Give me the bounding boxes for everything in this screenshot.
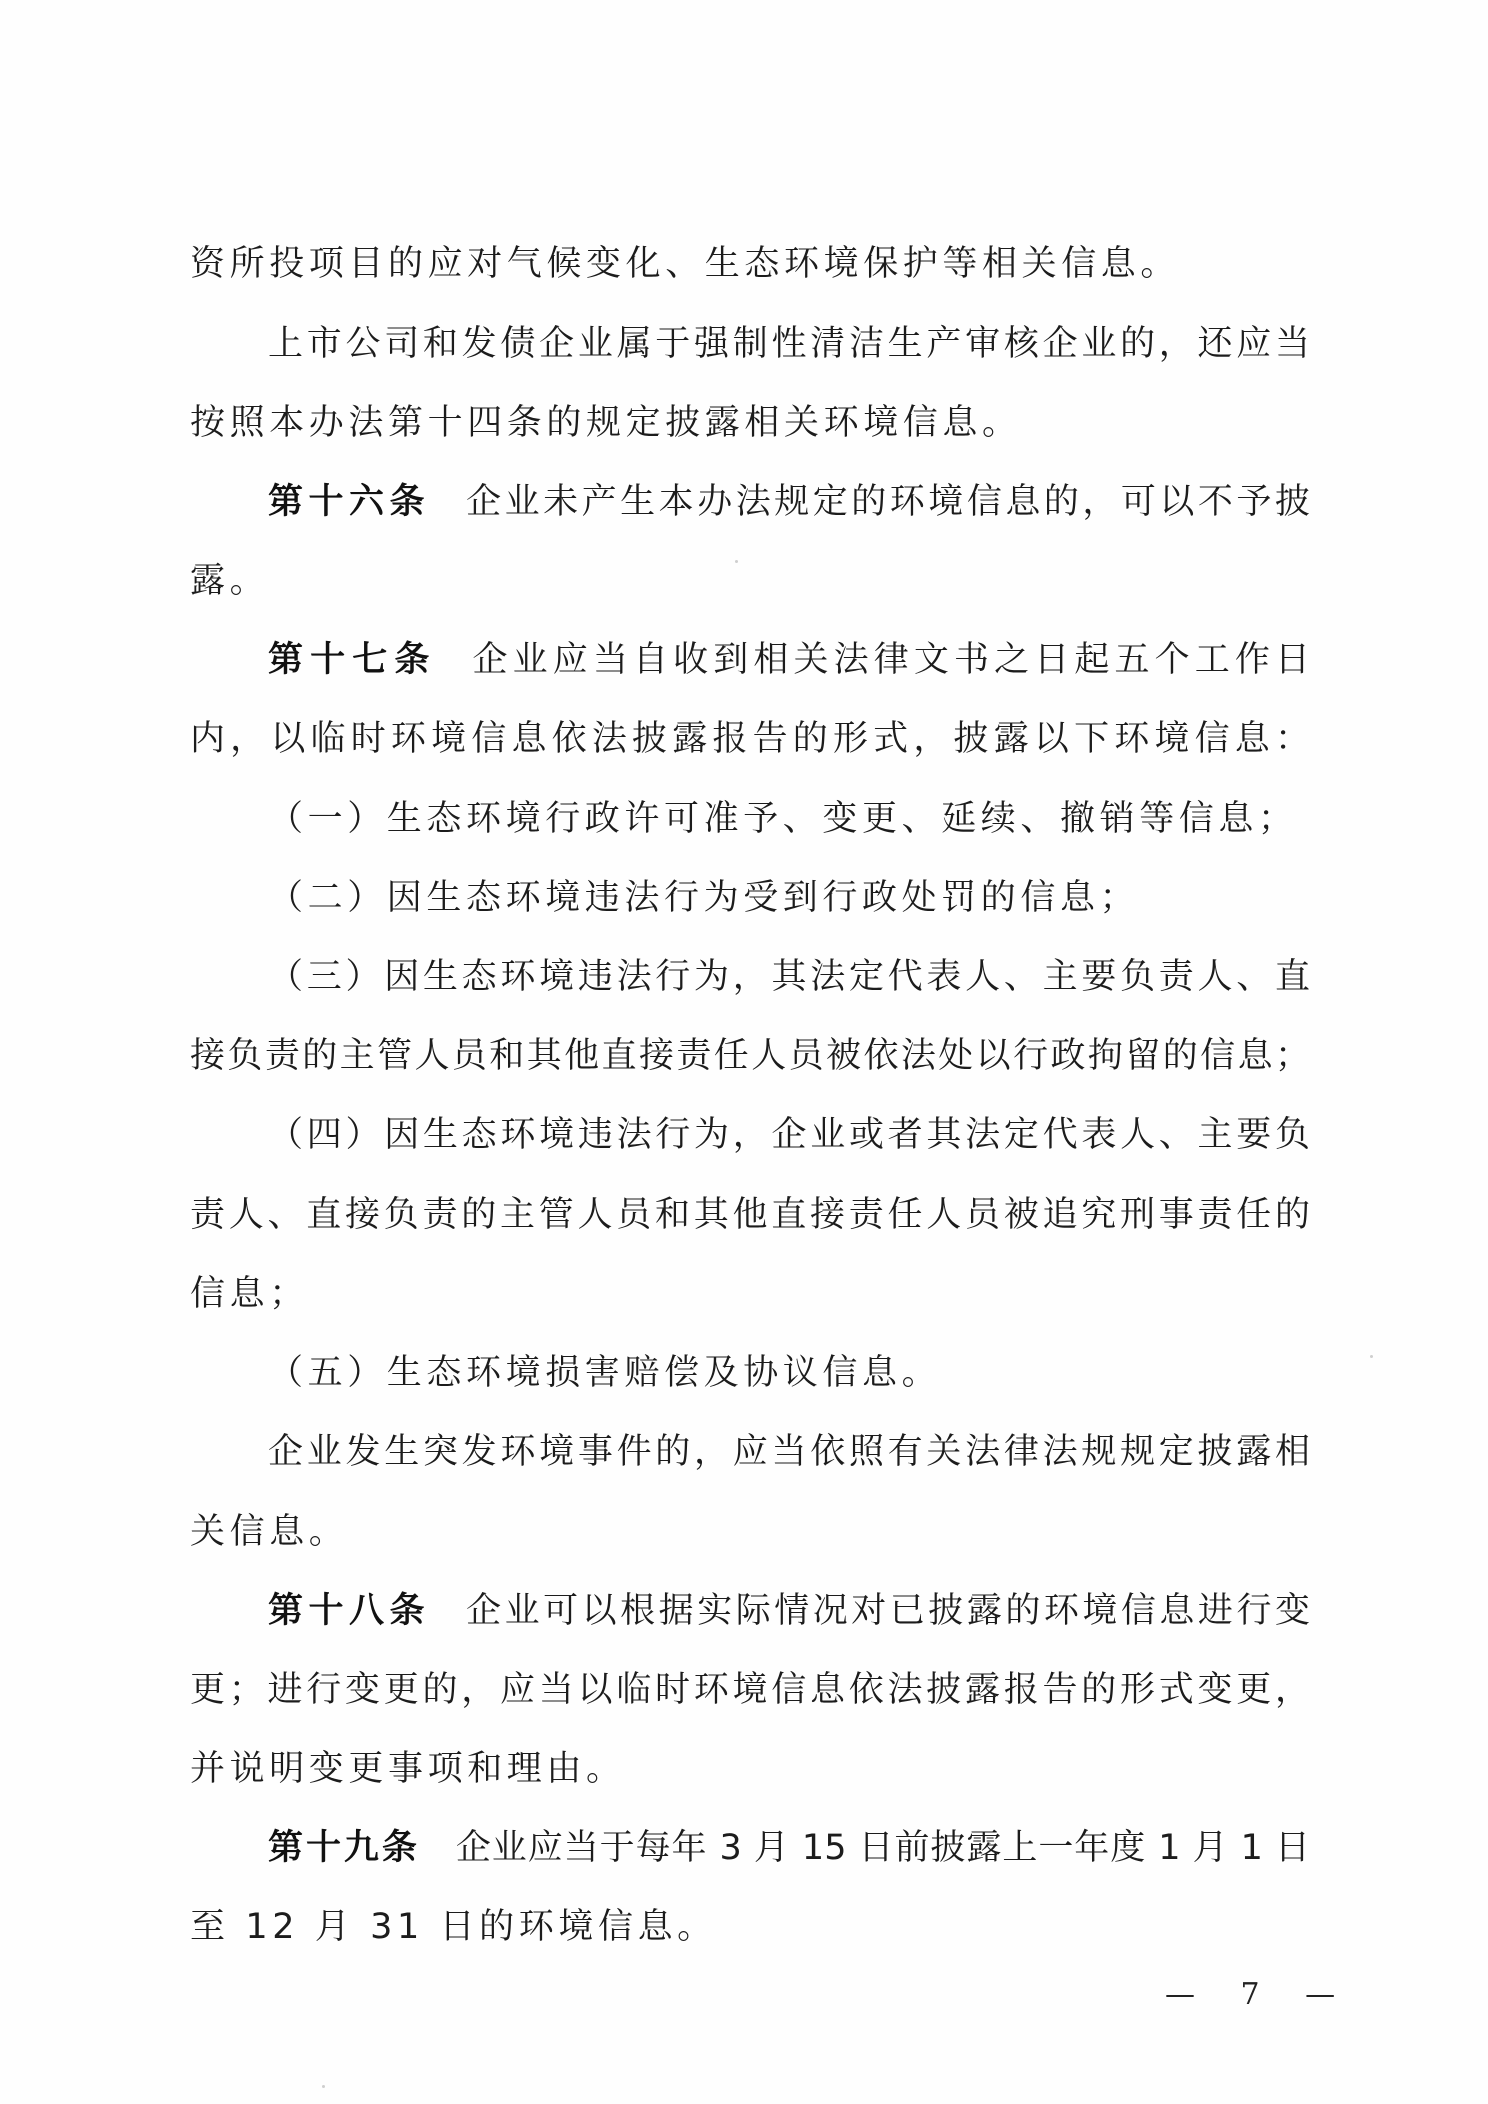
article-text: 企业未产生本办法规定的环境信息的，可以不予披 — [466, 482, 1310, 522]
paragraph-line: 露。 — [190, 559, 269, 603]
article-number: 第十六条 — [268, 482, 430, 522]
list-item: （五）生态环境损害赔偿及协议信息。 — [268, 1351, 941, 1395]
paragraph-line: 更；进行变更的，应当以临时环境信息依法披露报告的形式变更， — [190, 1668, 1310, 1712]
paragraph-line: 企业发生突发环境事件的，应当依照有关法律法规规定披露相 — [268, 1430, 1310, 1474]
article-number: 第十九条 — [268, 1828, 420, 1868]
list-item: （四）因生态环境违法行为，企业或者其法定代表人、主要负 — [268, 1113, 1310, 1157]
paragraph-line: 责人、直接负责的主管人员和其他直接责任人员被追究刑事责任的 — [190, 1193, 1310, 1237]
document-page: 资所投项目的应对气候变化、生态环境保护等相关信息。 上市公司和发债企业属于强制性… — [0, 0, 1488, 2104]
page-number: — 7 — — [1165, 1975, 1353, 2015]
list-item: （一）生态环境行政许可准予、变更、延续、撤销等信息； — [268, 797, 1298, 841]
article-number: 第十七条 — [268, 640, 437, 680]
scan-speck — [322, 2085, 325, 2088]
paragraph-line: 并说明变更事项和理由。 — [190, 1747, 626, 1791]
article-19-line: 第十九条企业应当于每年 3 月 15 日前披露上一年度 1 月 1 日 — [268, 1826, 1310, 1870]
article-text: 企业可以根据实际情况对已披露的环境信息进行变 — [466, 1591, 1310, 1631]
list-item: （二）因生态环境违法行为受到行政处罚的信息； — [268, 876, 1139, 920]
article-text: 企业应当于每年 3 月 15 日前披露上一年度 1 月 1 日 — [456, 1828, 1310, 1868]
article-number: 第十八条 — [268, 1591, 430, 1631]
scan-speck — [1370, 1355, 1373, 1358]
scan-speck — [735, 560, 738, 563]
paragraph-line: 上市公司和发债企业属于强制性清洁生产审核企业的，还应当 — [268, 322, 1310, 366]
article-18-line: 第十八条企业可以根据实际情况对已披露的环境信息进行变 — [268, 1589, 1310, 1633]
paragraph-line: 按照本办法第十四条的规定披露相关环境信息。 — [190, 401, 1022, 445]
paragraph-line: 关信息。 — [190, 1510, 348, 1554]
paragraph-line: 接负责的主管人员和其他直接责任人员被依法处以行政拘留的信息； — [190, 1034, 1310, 1078]
paragraph-line: 至 12 月 31 日的环境信息。 — [190, 1905, 717, 1949]
paragraph-line: 内，以临时环境信息依法披露报告的形式，披露以下环境信息： — [190, 717, 1310, 761]
paragraph-line: 资所投项目的应对气候变化、生态环境保护等相关信息。 — [190, 242, 1180, 286]
article-text: 企业应当自收到相关法律文书之日起五个工作日 — [473, 640, 1310, 680]
article-16-line: 第十六条企业未产生本办法规定的环境信息的，可以不予披 — [268, 480, 1310, 524]
list-item: （三）因生态环境违法行为，其法定代表人、主要负责人、直 — [268, 955, 1310, 999]
paragraph-line: 信息； — [190, 1272, 309, 1316]
article-17-line: 第十七条企业应当自收到相关法律文书之日起五个工作日 — [268, 638, 1310, 682]
